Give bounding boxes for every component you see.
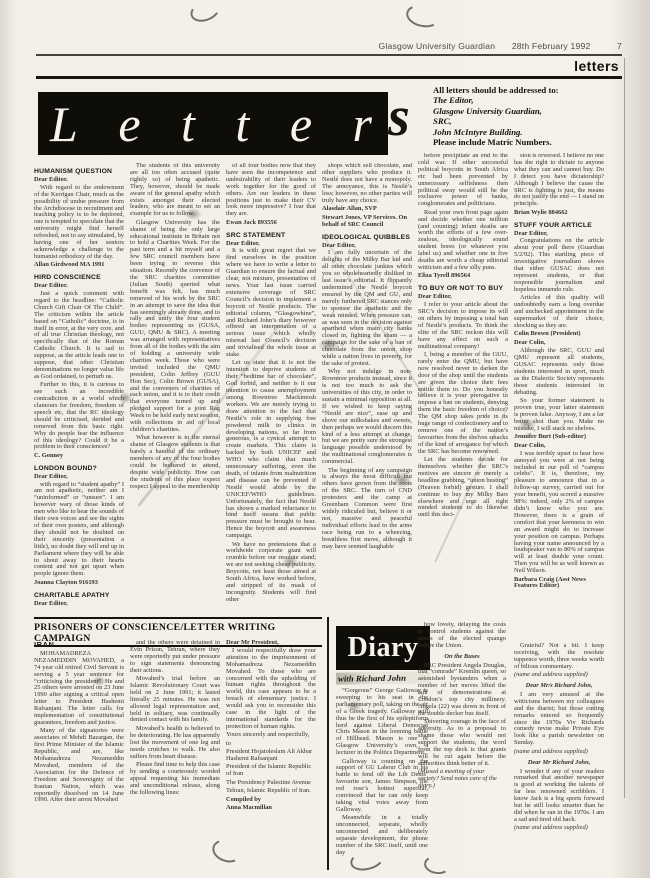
- campaign-block: Many of the signatories were associates …: [34, 728, 124, 804]
- campaign-block: President Hojatoleslam Ali Akbar Hashemi…: [226, 749, 316, 763]
- diary-block: On the Buses: [418, 654, 506, 661]
- letter-block: before precipitate an end to the cold wa…: [418, 153, 508, 208]
- diary-reply-block: Dear Mr Richard John,: [514, 760, 604, 767]
- masthead-letter: e: [118, 95, 140, 153]
- scan-smudge: [392, 472, 412, 488]
- page-header: Glasgow University Guardian 28th Februar…: [36, 41, 622, 51]
- masthead-letter: t: [181, 95, 195, 153]
- letter-block: Articles of this quality will undoubtedl…: [514, 295, 604, 330]
- letter-block: HIRD CONSCIENCE: [34, 275, 124, 282]
- scan-smudge: [118, 392, 132, 404]
- letter-block: Dear Editor.: [34, 177, 124, 184]
- diary-reply-block: (name and address supplied): [514, 825, 604, 832]
- letter-block: What however is to the eternal shame of …: [130, 435, 220, 490]
- campaign-block: The Presidency Palestine Avenue: [226, 780, 316, 787]
- diary-column-2: how lovely, delaying the costs to contro…: [418, 622, 506, 868]
- letter-block: Barbara Craig (Asst News Features Editor…: [514, 577, 604, 591]
- letter-block: Dear Editor,: [514, 231, 604, 238]
- address-line: SRC,: [433, 116, 623, 126]
- letter-block: Why not indulge in non-Rowntree products…: [322, 369, 412, 466]
- letter-block: Glasgow University has the shame of bein…: [130, 220, 220, 434]
- letter-block: Dear Editor.: [34, 283, 124, 290]
- diary-reply-block: Dear Mr/s Richard John,: [514, 683, 604, 690]
- letters-column-3: of all four bodies now that they have se…: [226, 163, 316, 612]
- letter-block: CHARITABLE APATHY: [34, 593, 124, 600]
- letter-block: Dear Editor,: [226, 241, 316, 248]
- diary-byline: with Richard John: [336, 671, 430, 684]
- paper-title: Glasgow University Guardian: [379, 41, 496, 51]
- campaign-block: Movahed’s trial before an Islamic Revolu…: [130, 676, 220, 724]
- letter-block: SRC STATEMENT: [226, 233, 316, 240]
- section-bar-rule: [36, 76, 622, 79]
- letter-block: Dear Editor,: [34, 601, 124, 608]
- letters-column-1: HUMANISM QUESTIONDear Editor.With regard…: [34, 163, 124, 612]
- diary-reply-block: (name and address supplied): [514, 672, 604, 679]
- campaign-block: Tehran, Islamic Republic of Iran.: [226, 788, 316, 795]
- letter-block: We have no pretensions that a worldwide …: [226, 542, 316, 604]
- letter-block: Brian Wylie 884662: [514, 210, 604, 217]
- letter-block: I was terribly upset to hear how annoyed…: [514, 451, 604, 575]
- scan-curl-mark: [404, 2, 442, 31]
- scan-smudge: [518, 418, 536, 430]
- masthead-letter: r: [353, 95, 372, 153]
- issue-date: 28th February 1992: [512, 41, 591, 51]
- page-edge-shadow: [624, 58, 625, 798]
- scan-smudge: [282, 556, 298, 568]
- campaign-column-3: Dear Mr President,I would respectfully d…: [226, 640, 316, 820]
- address-recipient: The Editor,Glasgow University Guardian,S…: [433, 95, 623, 137]
- campaign-block: Yours sincerely and respectfully,: [226, 732, 316, 739]
- scan-smudge: [184, 208, 202, 220]
- letter-block: STUFF YOUR ARTICLE: [514, 223, 604, 230]
- letter-block: Alasdair Allan, SVP: [322, 206, 412, 213]
- letter-block: sion is reversed. I believe no one has t…: [514, 153, 604, 208]
- letter-block: LONDON BOUND?: [34, 466, 124, 473]
- letter-block: IDEOLOGICAL QUIBBLES: [322, 235, 412, 242]
- letter-block: Just a quick comment with regard to the …: [34, 291, 124, 381]
- letter-block: Dear Colin,: [514, 443, 604, 450]
- letter-block: shops which sell chocolate, and other su…: [322, 163, 412, 204]
- column-divider-rule: [327, 617, 329, 870]
- campaign-block: IRAN: [34, 642, 124, 649]
- campaign-block: Compiled by: [226, 797, 316, 804]
- diary-column-1: “Gorgeous” George Galloway is sweeping t…: [336, 688, 428, 864]
- address-line: John McIntyre Building.: [433, 127, 623, 137]
- letter-block: of all four bodies now that they have se…: [226, 163, 316, 218]
- letter-block: TO BUY OR NOT TO BUY: [418, 286, 508, 293]
- page-number: 7: [617, 41, 622, 51]
- address-intro: All letters should be addressed to:: [433, 85, 623, 95]
- scan-smudge: [318, 338, 340, 352]
- campaign-block: Anna Macmillan: [226, 805, 316, 812]
- letter-block: Dear Editor,: [322, 243, 412, 250]
- letter-block: I refer to your article about the SRC’s …: [418, 302, 508, 350]
- letter-block: Stewart Jones, VP Services. On behalf of…: [322, 215, 412, 229]
- diary-reply-block: Grateful? Not a bit. I keep receiving, w…: [514, 643, 604, 671]
- letter-block: Dear Editor,: [34, 474, 124, 481]
- diary-reply-block: I am very amused at the witticisms betwe…: [514, 692, 604, 747]
- section-label: letters: [574, 58, 622, 74]
- address-note: Please include Matric Numbers.: [433, 137, 623, 147]
- scan-curl-mark: [187, 0, 222, 26]
- letter-block: It is with great regret that we find our…: [226, 248, 316, 359]
- letter-block: Although the SRC, GUU and QMU represent …: [514, 348, 604, 396]
- campaign-column-2: and the others were detained in Evin Pri…: [130, 640, 220, 816]
- diary-block: SRC President Angela Douglas, that “comr…: [418, 663, 506, 718]
- letters-column-5: before precipitate an end to the cold wa…: [418, 153, 508, 612]
- letter-block: Let the students decide for themselves w…: [418, 457, 508, 519]
- campaign-block: I would respectfully draw your attention…: [226, 648, 316, 731]
- scan-curl-mark: [209, 836, 244, 866]
- diary-title-box: Diary: [336, 626, 430, 670]
- diary-replies-column: Grateful? Not a bit. I keep receiving, w…: [514, 643, 604, 862]
- diary-block: how lovely, delaying the costs to contro…: [418, 622, 506, 650]
- masthead-letter: L: [50, 95, 78, 153]
- campaign-block: Please find time to help this case by se…: [130, 762, 220, 797]
- letter-block: Ewan Jack 893556: [226, 220, 316, 227]
- letter-block: C. Gonney: [34, 453, 124, 460]
- letter-block: The students of this university are all …: [130, 163, 220, 218]
- address-line: Glasgow University Guardian,: [433, 106, 623, 116]
- masthead-letter-s: s: [388, 86, 410, 148]
- campaign-block: Dear Mr President,: [226, 640, 316, 647]
- letter-block: Colin Brown (President): [514, 331, 604, 338]
- campaign-block: MOHAMADREZA NEZAMEDDIN MOVAHED, a 74 yea…: [34, 651, 124, 727]
- diary-block: Galloway is counting on the support of G…: [336, 759, 428, 814]
- letters-masthead: Letter: [38, 92, 388, 155]
- letter-block: Eliza Tyrell 896564: [418, 273, 508, 280]
- letter-block: Further to this, it is curious to see su…: [34, 382, 124, 451]
- letter-block: Read your own front page again and decid…: [418, 210, 508, 272]
- letter-block: Dear Colin,: [514, 340, 604, 347]
- letters-column-2: The students of this university are all …: [130, 163, 220, 612]
- campaign-block: President of the Islamic Republic of Ira…: [226, 764, 316, 778]
- letter-block: Jennifer Burt (Sub-editor): [514, 434, 604, 441]
- diary-block: Meanwhile in a totally unconnected, sepa…: [336, 815, 428, 856]
- section-bar: letters: [36, 56, 622, 76]
- diary-block: (Missed a meeting of your society? Send …: [418, 769, 506, 790]
- letter-block: with regard to “student apathy” I am not…: [34, 482, 124, 579]
- campaign-block: and the others were detained in Evin Pri…: [130, 640, 220, 675]
- address-instructions: All letters should be addressed to: The …: [433, 85, 623, 147]
- letter-block: Dear Editor,: [418, 294, 508, 301]
- address-line: The Editor,: [433, 95, 623, 105]
- diary-reply-block: I wonder if any of your readers remarked…: [514, 769, 604, 824]
- campaign-column-1: IRANMOHAMADREZA NEZAMEDDIN MOVAHED, a 74…: [34, 640, 124, 816]
- letter-block: Joanna Clayton 916193: [34, 580, 124, 587]
- letter-block: Allan Girdwood MA 1991: [34, 262, 124, 269]
- diary-title: Diary: [348, 632, 419, 663]
- letters-column-4: shops which sell chocolate, and other su…: [322, 163, 412, 612]
- diary-block: Shivering courage in the face of adversi…: [418, 719, 506, 767]
- letter-block: With regard to the endowment of the Kerr…: [34, 185, 124, 261]
- letter-block: HUMANISM QUESTION: [34, 169, 124, 176]
- masthead-letter: t: [235, 95, 249, 153]
- letters-column-6: sion is reversed. I believe no one has t…: [514, 153, 604, 639]
- campaign-block: Movahed’s health is believed to be deter…: [130, 726, 220, 761]
- letter-block: Congratulations on the article about you…: [514, 238, 604, 293]
- letter-block: I, being a member of the GUU, rarely ent…: [418, 352, 508, 456]
- diary-block: “Gorgeous” George Galloway is sweeping t…: [336, 688, 428, 757]
- scan-smudge: [346, 700, 362, 712]
- masthead-letter: e: [290, 95, 312, 153]
- letter-block: Let us state that it is not the intentio…: [226, 360, 316, 540]
- diary-reply-block: (name and address supplied): [514, 749, 604, 756]
- scan-smudge: [92, 676, 106, 686]
- campaign-block: to: [226, 741, 316, 748]
- newspaper-page: Glasgow University Guardian 28th Februar…: [0, 0, 650, 878]
